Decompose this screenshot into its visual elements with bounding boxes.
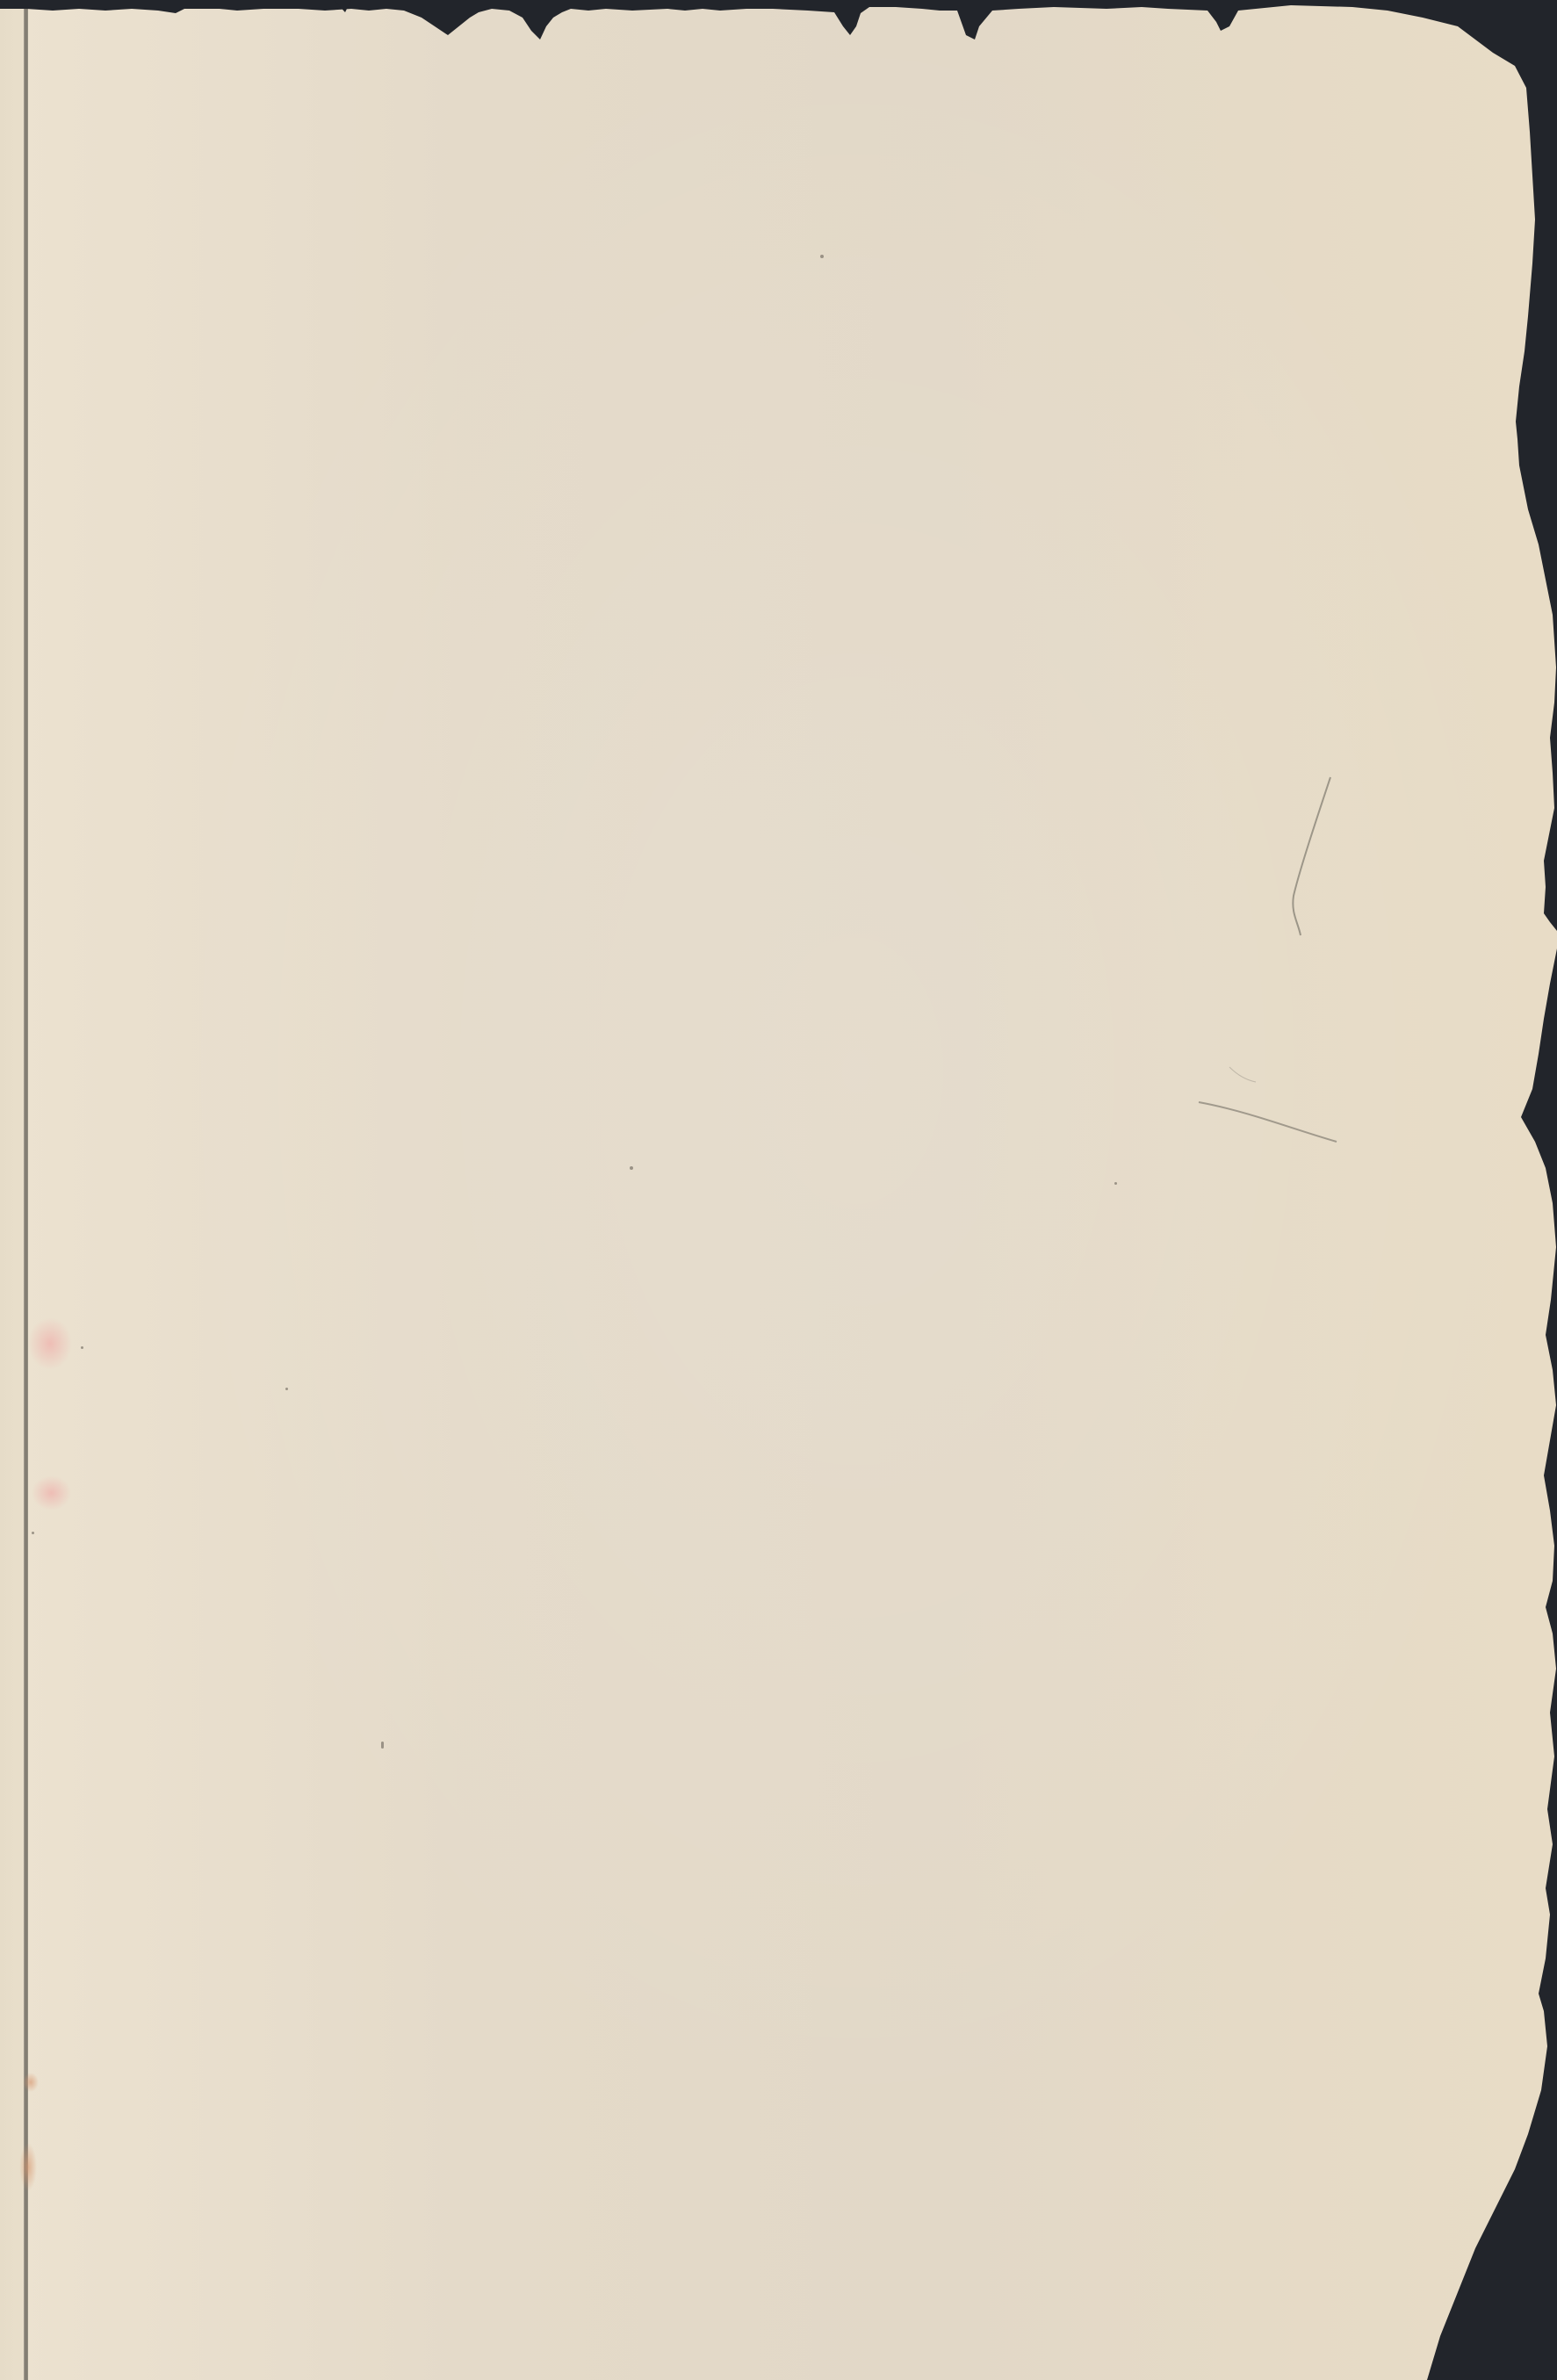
torn-edge-overlay — [0, 0, 1557, 2380]
